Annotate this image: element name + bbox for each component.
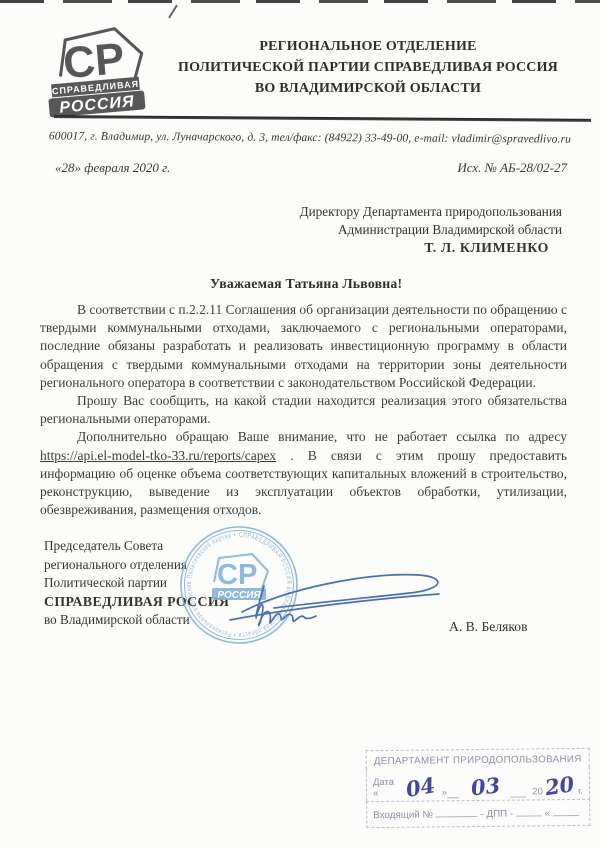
letterhead-rule (54, 115, 591, 122)
broken-url-text: https://api.el-model-tko-33.ru/reports/c… (40, 448, 276, 463)
incoming-stamp-date-row: Дата «04»032020г. (366, 767, 590, 801)
incoming-quote-open: « (545, 808, 551, 819)
body-paragraph-3: Дополнительно обращаю Ваше внимание, что… (40, 428, 567, 519)
date-label: Дата « (373, 777, 399, 799)
logo-band2: РОССИЯ (59, 93, 136, 117)
reference-row: «28» февраля 2020 г. Исх. № АБ-28/02-27 (55, 160, 567, 176)
letterhead-line2: ПОЛИТИЧЕСКОЙ ПАРТИИ СПРАВЕДЛИВАЯ РОССИЯ (150, 57, 586, 78)
recipient-block: Директору Департамента природопользовани… (300, 203, 562, 257)
scanned-letter-page: СР СПРАВЕДЛИВАЯ РОССИЯ РЕГИОНАЛЬНОЕ ОТДЕ… (0, 0, 600, 848)
incoming-stamp-number-row: Входящий № - ДПП - « (366, 799, 590, 828)
incoming-blank-3 (553, 805, 579, 816)
date-blank-2 (510, 786, 526, 797)
date-blank-1 (447, 787, 459, 798)
year-suffix-label: г. (578, 786, 583, 797)
letterhead-line1: РЕГИОНАЛЬНОЕ ОТДЕЛЕНИЕ (150, 36, 586, 57)
incoming-blank-2 (516, 805, 542, 816)
letterhead-contact-line: 600017, г. Владимир, ул. Луначарского, д… (28, 129, 592, 145)
scan-artifact-tick (168, 5, 178, 19)
incoming-number-label: Входящий № (373, 809, 433, 821)
party-logo: СР СПРАВЕДЛИВАЯ РОССИЯ (40, 20, 161, 120)
scan-artifact-top-line (0, 0, 600, 3)
recipient-line1: Директору Департамента природопользовани… (300, 203, 562, 221)
recipient-line2: Администрации Владимирской области (300, 221, 562, 239)
recipient-name: Т. Л. КЛИМЕНКО (300, 239, 549, 257)
handwritten-signature (212, 558, 468, 638)
handwritten-year: 20 (544, 775, 576, 797)
year-prefix: 20 (532, 786, 543, 797)
body-paragraph-1: В соответствии с п.2.2.11 Соглашения об … (40, 301, 567, 392)
body-paragraph-2: Прошу Вас сообщить, на какой стадии нахо… (40, 392, 567, 428)
letterhead-title: РЕГИОНАЛЬНОЕ ОТДЕЛЕНИЕ ПОЛИТИЧЕСКОЙ ПАРТ… (150, 36, 586, 99)
handwritten-day: 04 (405, 776, 437, 799)
letter-body: В соответствии с п.2.2.11 Соглашения об … (40, 301, 567, 519)
outgoing-number: Исх. № АБ-28/02-27 (457, 160, 567, 176)
dpp-label: - ДПП - (480, 809, 513, 820)
letter-date: «28» февраля 2020 г. (55, 160, 170, 176)
signer-name: А. В. Беляков (449, 619, 527, 635)
incoming-blank-1 (436, 806, 478, 817)
salutation: Уважаемая Татьяна Львовна! (210, 276, 402, 292)
incoming-stamp-title: ДЕПАРТАМЕНТ ПРИРОДОПОЛЬЗОВАНИЯ (366, 748, 590, 769)
paragraph-3-text-before-link: Дополнительно обращаю Ваше внимание, что… (77, 429, 567, 444)
handwritten-month: 03 (470, 776, 501, 797)
letterhead-line3: ВО ВЛАДИМИРСКОЙ ОБЛАСТИ (150, 78, 586, 99)
incoming-registration-stamp: ДЕПАРТАМЕНТ ПРИРОДОПОЛЬЗОВАНИЯ Дата «04»… (366, 748, 591, 828)
